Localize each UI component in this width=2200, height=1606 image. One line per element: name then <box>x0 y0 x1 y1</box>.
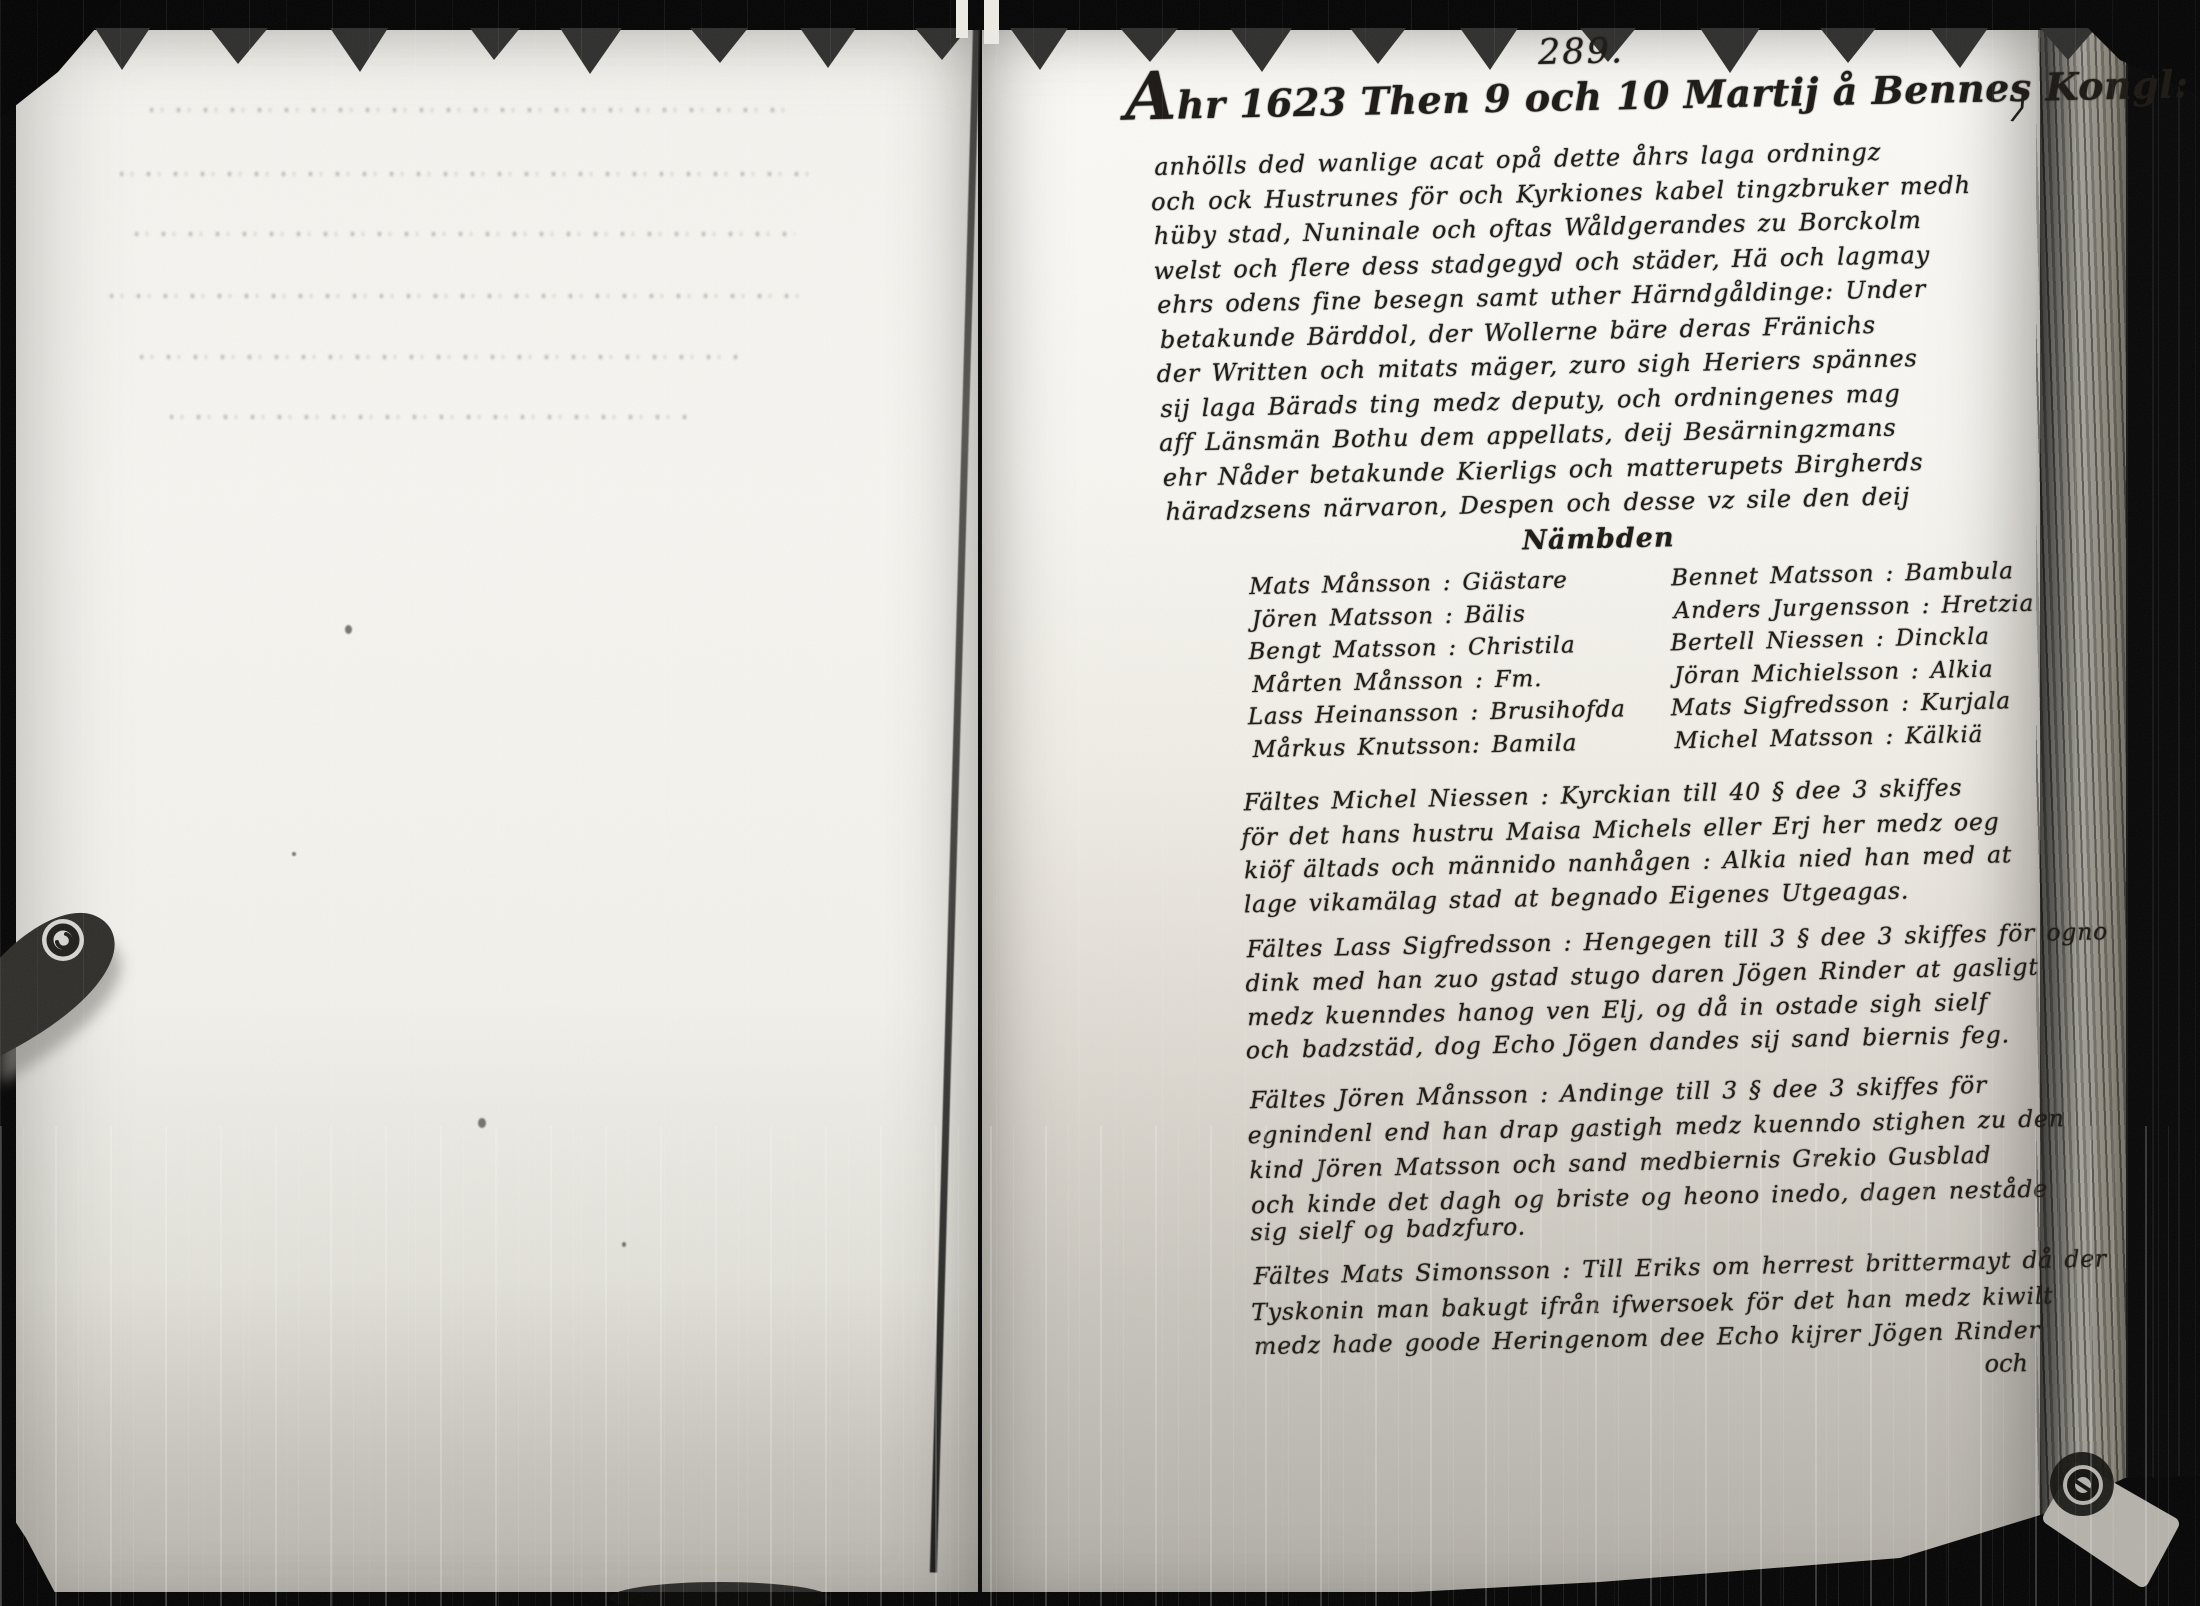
ink-speck <box>478 1118 486 1128</box>
jury-member: Jöran Michielsson : Alkia <box>1674 657 1994 690</box>
film-slit <box>984 0 999 44</box>
ink-speck <box>345 625 352 634</box>
bleedthrough-row <box>135 232 795 236</box>
bleedthrough-row <box>120 172 820 176</box>
film-edge-bottom <box>0 1592 2200 1606</box>
jury-heading: Nämbden <box>1522 522 1675 556</box>
jury-member: Bertell Niessen : Dinckla <box>1670 624 1990 657</box>
manuscript-scan: 289. Ahr 1623 Then 9 och 10 Martij å Ben… <box>0 0 2200 1606</box>
session-heading: Ahr 1623 Then 9 och 10 Martij å Bennes K… <box>1125 61 2189 128</box>
bleedthrough-row <box>140 355 740 359</box>
left-page-blank <box>16 28 978 1592</box>
jury-member: Michel Matsson : Kälkiä <box>1674 722 1983 754</box>
film-edge-left <box>0 0 16 1606</box>
film-edge-right <box>2126 0 2200 1606</box>
ink-speck <box>622 1242 626 1247</box>
jury-member: Mats Månsson : Giästare <box>1249 567 1568 600</box>
bleedthrough-row <box>170 415 690 419</box>
jury-member: Mårkus Knutsson: Bamila <box>1252 730 1577 763</box>
jury-member: Anders Jurgensson : Hretzia <box>1674 591 2035 625</box>
catchword: och <box>1984 1349 2028 1378</box>
ink-speck <box>292 852 296 856</box>
bleedthrough-row <box>150 108 790 112</box>
film-edge-top <box>0 0 2200 30</box>
handwritten-text-block: 289. Ahr 1623 Then 9 och 10 Martij å Ben… <box>1060 34 2091 1555</box>
case-line: sig sielf og badzfuro. <box>1250 1213 1526 1247</box>
jury-member: Mårten Månsson : Fm. <box>1252 666 1543 698</box>
jury-member: Mats Sigfredsson : Kurjala <box>1671 688 2012 721</box>
jury-member: Bennet Matsson : Bambula <box>1671 558 2014 591</box>
bleedthrough-row <box>110 294 800 298</box>
film-slit <box>956 0 968 38</box>
case-line: lage vikamälag stad at begnado Eigenes U… <box>1244 876 1910 918</box>
jury-member: Lass Heinansson : Brusihofda <box>1248 696 1626 730</box>
jury-member: Bengt Matsson : Christila <box>1248 632 1575 665</box>
jury-member: Jören Matsson : Bälis <box>1252 601 1526 633</box>
folio-number: 289. <box>1538 31 1625 73</box>
